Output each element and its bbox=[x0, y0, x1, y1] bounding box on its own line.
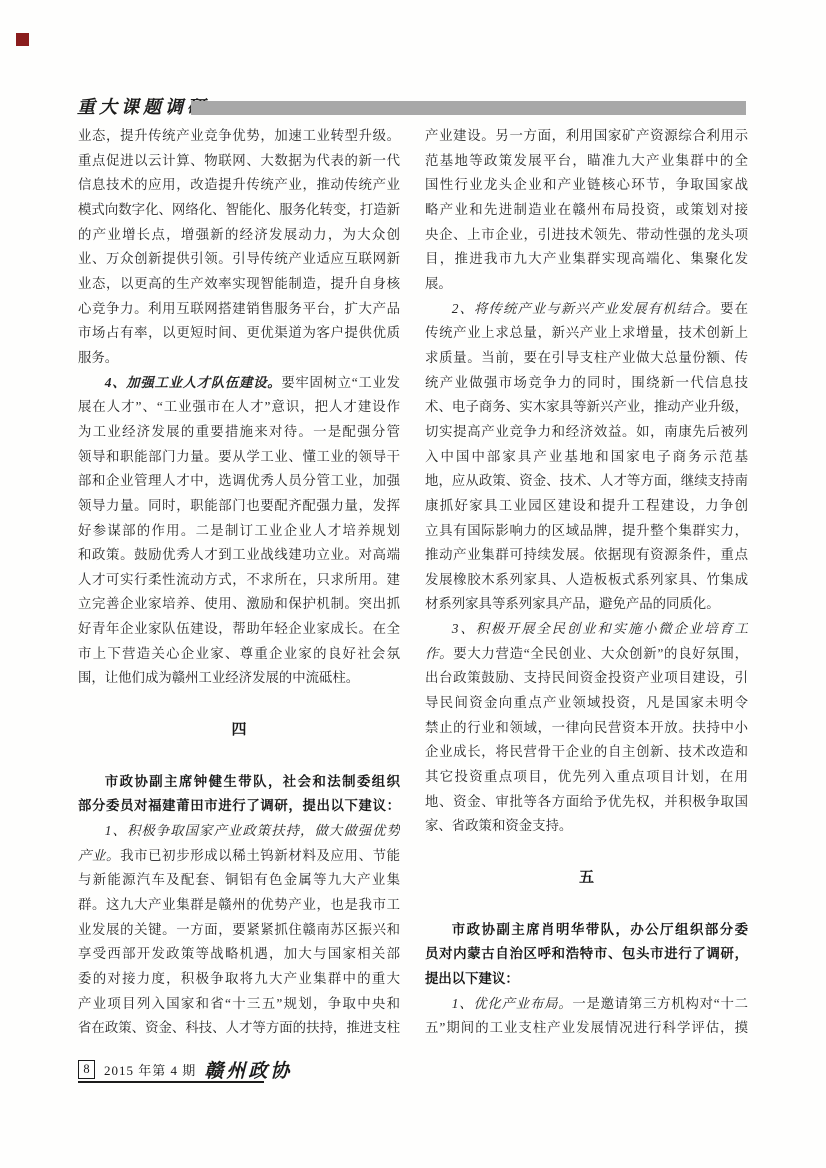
text-run: 四 bbox=[231, 721, 246, 738]
text-run: 康抓好家具工业园区建设和提升工程建设，力争创 bbox=[425, 498, 748, 513]
text-run: 我市已初步形成以稀土钨新材料及应用、节能 bbox=[120, 848, 400, 863]
text-line: 产业建设。另一方面，利用国家矿产资源综合利用示 bbox=[425, 124, 748, 149]
text-run: 产业建设。另一方面，利用国家矿产资源综合利用示 bbox=[425, 128, 748, 143]
text-run: 围，让他们成为赣州工业经济发展的中流砥柱。 bbox=[78, 670, 359, 685]
text-run: 入中国中部家具产业基地和国家电子商务示范基 bbox=[425, 449, 748, 464]
text-line: 统产业做强市场竞争力的同时，围绕新一代信息技 bbox=[425, 371, 748, 396]
text-line: 术、电子商务、实木家具等新兴产业，推动产业升级， bbox=[425, 395, 748, 420]
text-line: 部和企业管理人才中，选调优秀人员分管工业，加强 bbox=[78, 469, 400, 494]
text-run: 范基地等政策发展平台，瞄准九大产业集群中的全 bbox=[425, 153, 748, 168]
text-line: 地、资金、审批等各方面给予优先权，并积极争取国 bbox=[425, 790, 748, 815]
text-line: 围，让他们成为赣州工业经济发展的中流砥柱。 bbox=[78, 666, 400, 691]
text-run: 推动产业集群可持续发展。依据现有资源条件，重点 bbox=[425, 547, 748, 562]
text-line: 心竞争力。利用互联网搭建销售服务平台，扩大产品 bbox=[78, 297, 400, 322]
text-run: 好青年企业家队伍建设，帮助年轻企业家成长。在全 bbox=[78, 621, 400, 636]
text-line: 展在人才”、“工业强市在人才”意识，把人才建设作 bbox=[78, 395, 400, 420]
text-line: 展。 bbox=[425, 272, 748, 297]
text-line: 2、将传统产业与新兴产业发展有机结合。要在 bbox=[425, 297, 748, 322]
text-line: 导民间资金向重点产业领域投资，凡是国家未明令 bbox=[425, 691, 748, 716]
text-line: 好青年企业家队伍建设，帮助年轻企业家成长。在全 bbox=[78, 617, 400, 642]
text-line: 其它投资重点项目，优先列入重点项目计划，在用 bbox=[425, 765, 748, 790]
text-line: 略产业和先进制造业在赣州布局投资，或策划对接 bbox=[425, 198, 748, 223]
text-run: 业态，提升传统产业竞争优势，加速工业转型升级。 bbox=[78, 128, 400, 143]
text-run: 其它投资重点项目，优先列入重点项目计划，在用 bbox=[425, 769, 748, 784]
text-line: 委的对接力度，积极争取将九大产业集群中的重大 bbox=[78, 967, 400, 992]
text-run: 部分委员对福建莆田市进行了调研，提出以下建议： bbox=[78, 798, 400, 813]
text-run: 2、将传统产业与新兴产业发展有机结合。 bbox=[452, 301, 720, 316]
text-line: 领导力量。同时，职能部门也要配齐配强力量，发挥 bbox=[78, 494, 400, 519]
text-line: 和政策。鼓励优秀人才到工业战线建功立业。对高端 bbox=[78, 543, 400, 568]
text-line: 提出以下建议： bbox=[425, 967, 748, 992]
text-line: 切实提高产业竞争力和经济效益。如，南康先后被列 bbox=[425, 420, 748, 445]
text-line: 信息技术的应用，改造提升传统产业，推动传统产业 bbox=[78, 173, 400, 198]
text-line: 人才可实行柔性流动方式，不求所在，只求所用。建 bbox=[78, 568, 400, 593]
text-line: 家、省政策和资金支持。 bbox=[425, 814, 748, 839]
text-run: 央企、上市企业，引进技术领先、带动性强的龙头项 bbox=[425, 227, 748, 242]
text-line: 央企、上市企业，引进技术领先、带动性强的龙头项 bbox=[425, 223, 748, 248]
header-rule-bar bbox=[191, 101, 746, 115]
text-run: 立完善企业家培养、使用、激励和保护机制。突出抓 bbox=[78, 596, 400, 611]
text-run: 导民间资金向重点产业领域投资，凡是国家未明令 bbox=[425, 695, 748, 710]
text-run: 要大力营造“全民创业、大众创新”的良好氛围， bbox=[453, 646, 748, 661]
text-line: 康抓好家具工业园区建设和提升工程建设，力争创 bbox=[425, 494, 748, 519]
text-line: 重点促进以云计算、物联网、大数据为代表的新一代 bbox=[78, 149, 400, 174]
text-line: 1、积极争取国家产业政策扶持，做大做强优势 bbox=[78, 819, 400, 844]
text-run: 委的对接力度，积极争取将九大产业集群中的重大 bbox=[78, 971, 400, 986]
text-line: 市场占有率，以更短时间、更优渠道为客户提供优质 bbox=[78, 321, 400, 346]
text-run: 和政策。鼓励优秀人才到工业战线建功立业。对高端 bbox=[78, 547, 400, 562]
text-line: 企业成长，将民营骨干企业的自主创新、技术改造和 bbox=[425, 740, 748, 765]
text-line: 市政协副主席肖明华带队，办公厅组织部分委 bbox=[425, 918, 748, 943]
text-run: 市政协副主席钟健生带队，社会和法制委组织 bbox=[105, 774, 400, 789]
text-line: 产业。我市已初步形成以稀土钨新材料及应用、节能 bbox=[78, 844, 400, 869]
text-line: 省在政策、资金、科技、人才等方面的扶持，推进支柱 bbox=[78, 1016, 400, 1041]
text-run: 立具有国际影响力的区域品牌，提升整个集群实力， bbox=[425, 523, 748, 538]
text-run: 心竞争力。利用互联网搭建销售服务平台，扩大产品 bbox=[78, 301, 400, 316]
text-run: 人才可实行柔性流动方式，不求所在，只求所用。建 bbox=[78, 572, 400, 587]
text-run: 术、电子商务、实木家具等新兴产业，推动产业升级， bbox=[425, 399, 748, 414]
text-run: 略产业和先进制造业在赣州布局投资，或策划对接 bbox=[425, 202, 748, 217]
text-run: 为工业经济发展的重要措施来对待。一是配强分管 bbox=[78, 424, 400, 439]
text-run: 部和企业管理人才中，选调优秀人员分管工业，加强 bbox=[78, 473, 400, 488]
text-run: 4、加强工业人才队伍建设。 bbox=[105, 375, 282, 390]
corner-mark bbox=[16, 33, 29, 46]
document-page: 重大课题调研 业态，提升传统产业竞争优势，加速工业转型升级。重点促进以云计算、物… bbox=[0, 0, 826, 1168]
text-line: 业态，以更高的生产效率实现智能制造，提升自身核 bbox=[78, 272, 400, 297]
text-run: 作。 bbox=[425, 646, 453, 661]
text-line: 业发展的关键。一方面，要紧紧抓住赣南苏区振兴和 bbox=[78, 918, 400, 943]
text-line: 国性行业龙头企业和产业链核心环节，争取国家战 bbox=[425, 173, 748, 198]
text-run: 材系列家具等系列家具产品，避免产品的同质化。 bbox=[425, 596, 720, 611]
text-line: 为工业经济发展的重要措施来对待。一是配强分管 bbox=[78, 420, 400, 445]
text-line: 市政协副主席钟健生带队，社会和法制委组织 bbox=[78, 770, 400, 795]
text-line: 入中国中部家具产业基地和国家电子商务示范基 bbox=[425, 445, 748, 470]
text-line: 作。要大力营造“全民创业、大众创新”的良好氛围， bbox=[425, 642, 748, 667]
text-run: 省在政策、资金、科技、人才等方面的扶持，推进支柱 bbox=[78, 1020, 400, 1035]
text-run: 展在人才”、“工业强市在人才”意识，把人才建设作 bbox=[78, 399, 400, 414]
text-line: 市上下营造关心企业家、尊重企业家的良好社会氛 bbox=[78, 642, 400, 667]
text-line: 1、优化产业布局。一是邀请第三方机构对“十二 bbox=[425, 992, 748, 1017]
text-run: 地，应从政策、资金、技术、人才等方面，继续支持南 bbox=[425, 473, 748, 488]
text-run: 目，推进我市九大产业集群实现高端化、集聚化发 bbox=[425, 251, 748, 266]
text-run: 切实提高产业竞争力和经济效益。如，南康先后被列 bbox=[425, 424, 748, 439]
text-line: 业、万众创新提供引领。引导传统产业适应互联网新 bbox=[78, 247, 400, 272]
text-run: 地、资金、审批等各方面给予优先权，并积极争取国 bbox=[425, 794, 748, 809]
text-run: 享受西部开发政策等战略机遇，加大与国家相关部 bbox=[78, 946, 400, 961]
text-run: 服务。 bbox=[78, 350, 118, 365]
text-run: 3、积极开展全民创业和实施小微企业培育工 bbox=[452, 621, 748, 636]
text-line: 材系列家具等系列家具产品，避免产品的同质化。 bbox=[425, 592, 748, 617]
page-footer: 8 2015 年第 4 期 赣州政协 bbox=[78, 1058, 292, 1080]
text-line: 出台政策鼓励、支持民间资金投资产业项目建设，引 bbox=[425, 666, 748, 691]
text-run: 产业项目列入国家和省“十三五”规划，争取中央和 bbox=[78, 996, 400, 1011]
text-run: 与新能源汽车及配套、铜铝有色金属等九大产业集 bbox=[78, 872, 400, 887]
text-line: 好参谋部的作用。二是制订工业企业人才培养规划 bbox=[78, 519, 400, 544]
section-title: 重大课题调研 bbox=[77, 94, 209, 120]
text-line: 服务。 bbox=[78, 346, 400, 371]
text-run: 国性行业龙头企业和产业链核心环节，争取国家战 bbox=[425, 177, 748, 192]
text-run: 信息技术的应用，改造提升传统产业，推动传统产业 bbox=[78, 177, 400, 192]
text-run: 领导力量。同时，职能部门也要配齐配强力量，发挥 bbox=[78, 498, 400, 513]
text-run: 群。这九大产业集群是赣州的优势产业，也是我市工 bbox=[78, 897, 400, 912]
text-run: 展。 bbox=[425, 276, 452, 291]
text-line: 求质量。当前，要在引导支柱产业做大总量份额、传 bbox=[425, 346, 748, 371]
text-run: 要在 bbox=[720, 301, 748, 316]
text-run: 发展橡胶木系列家具、人造板板式系列家具、竹集成 bbox=[425, 572, 748, 587]
page-number: 8 bbox=[78, 1060, 95, 1079]
right-column: 产业建设。另一方面，利用国家矿产资源综合利用示范基地等政策发展平台，瞄准九大产业… bbox=[425, 124, 748, 1041]
text-line: 模式向数字化、网络化、智能化、服务化转变，打造新 bbox=[78, 198, 400, 223]
text-line: 业态，提升传统产业竞争优势，加速工业转型升级。 bbox=[78, 124, 400, 149]
text-run: 禁止的行业和领域，一律向民营资本开放。扶持中小 bbox=[425, 720, 748, 735]
text-line: 领导和职能部门力量。要从学工业、懂工业的领导干 bbox=[78, 445, 400, 470]
text-run: 重点促进以云计算、物联网、大数据为代表的新一代 bbox=[78, 153, 400, 168]
text-line: 享受西部开发政策等战略机遇，加大与国家相关部 bbox=[78, 942, 400, 967]
text-run: 市政协副主席肖明华带队，办公厅组织部分委 bbox=[452, 922, 748, 937]
text-line: 目，推进我市九大产业集群实现高端化、集聚化发 bbox=[425, 247, 748, 272]
text-line: 员对内蒙古自治区呼和浩特市、包头市进行了调研， bbox=[425, 942, 748, 967]
text-line: 立具有国际影响力的区域品牌，提升整个集群实力， bbox=[425, 519, 748, 544]
section-heading: 四 bbox=[78, 718, 400, 743]
issue-label: 2015 年第 4 期 bbox=[104, 1060, 196, 1079]
text-line: 立完善企业家培养、使用、激励和保护机制。突出抓 bbox=[78, 592, 400, 617]
text-run: 员对内蒙古自治区呼和浩特市、包头市进行了调研， bbox=[425, 946, 748, 961]
text-run: 业发展的关键。一方面，要紧紧抓住赣南苏区振兴和 bbox=[78, 922, 400, 937]
text-run: 出台政策鼓励、支持民间资金投资产业项目建设，引 bbox=[425, 670, 748, 685]
text-line: 4、加强工业人才队伍建设。要牢固树立“工业发 bbox=[78, 371, 400, 396]
text-line: 五”期间的工业支柱产业发展情况进行科学评估，摸 bbox=[425, 1016, 748, 1041]
text-line: 3、积极开展全民创业和实施小微企业培育工 bbox=[425, 617, 748, 642]
text-run: 家、省政策和资金支持。 bbox=[425, 818, 572, 833]
journal-title: 赣州政协 bbox=[204, 1056, 292, 1083]
text-run: 模式向数字化、网络化、智能化、服务化转变，打造新 bbox=[78, 202, 400, 217]
text-run: 1、优化产业布局。 bbox=[452, 996, 573, 1011]
text-line: 群。这九大产业集群是赣州的优势产业，也是我市工 bbox=[78, 893, 400, 918]
text-line: 与新能源汽车及配套、铜铝有色金属等九大产业集 bbox=[78, 868, 400, 893]
text-run: 提出以下建议： bbox=[425, 971, 519, 986]
text-run: 市场占有率，以更短时间、更优渠道为客户提供优质 bbox=[78, 325, 400, 340]
text-line: 推动产业集群可持续发展。依据现有资源条件，重点 bbox=[425, 543, 748, 568]
text-line: 的产业增长点，增强新的经济发展动力，为大众创 bbox=[78, 223, 400, 248]
text-run: 企业成长，将民营骨干企业的自主创新、技术改造和 bbox=[425, 744, 748, 759]
text-run: 业态，以更高的生产效率实现智能制造，提升自身核 bbox=[78, 276, 400, 291]
text-run: 一是邀请第三方机构对“十二 bbox=[572, 996, 748, 1011]
text-line: 禁止的行业和领域，一律向民营资本开放。扶持中小 bbox=[425, 716, 748, 741]
footer-underline bbox=[78, 1081, 264, 1083]
text-run: 产业。 bbox=[78, 848, 120, 863]
text-run: 传统产业上求总量，新兴产业上求增量，技术创新上 bbox=[425, 325, 748, 340]
text-line: 发展橡胶木系列家具、人造板板式系列家具、竹集成 bbox=[425, 568, 748, 593]
text-run: 市上下营造关心企业家、尊重企业家的良好社会氛 bbox=[78, 646, 400, 661]
text-run: 五 bbox=[579, 869, 594, 886]
section-heading: 五 bbox=[425, 866, 748, 891]
text-run: 好参谋部的作用。二是制订工业企业人才培养规划 bbox=[78, 523, 400, 538]
text-run: 的产业增长点，增强新的经济发展动力，为大众创 bbox=[78, 227, 400, 242]
text-run: 业、万众创新提供引领。引导传统产业适应互联网新 bbox=[78, 251, 400, 266]
text-run: 1、积极争取国家产业政策扶持，做大做强优势 bbox=[105, 823, 400, 838]
text-run: 求质量。当前，要在引导支柱产业做大总量份额、传 bbox=[425, 350, 748, 365]
left-column: 业态，提升传统产业竞争优势，加速工业转型升级。重点促进以云计算、物联网、大数据为… bbox=[78, 124, 400, 1041]
text-line: 部分委员对福建莆田市进行了调研，提出以下建议： bbox=[78, 794, 400, 819]
text-line: 产业项目列入国家和省“十三五”规划，争取中央和 bbox=[78, 992, 400, 1017]
text-run: 领导和职能部门力量。要从学工业、懂工业的领导干 bbox=[78, 449, 400, 464]
text-run: 五”期间的工业支柱产业发展情况进行科学评估，摸 bbox=[425, 1020, 748, 1035]
text-line: 传统产业上求总量，新兴产业上求增量，技术创新上 bbox=[425, 321, 748, 346]
text-run: 要牢固树立“工业发 bbox=[281, 375, 400, 390]
text-run: 统产业做强市场竞争力的同时，围绕新一代信息技 bbox=[425, 375, 748, 390]
text-line: 地，应从政策、资金、技术、人才等方面，继续支持南 bbox=[425, 469, 748, 494]
text-line: 范基地等政策发展平台，瞄准九大产业集群中的全 bbox=[425, 149, 748, 174]
